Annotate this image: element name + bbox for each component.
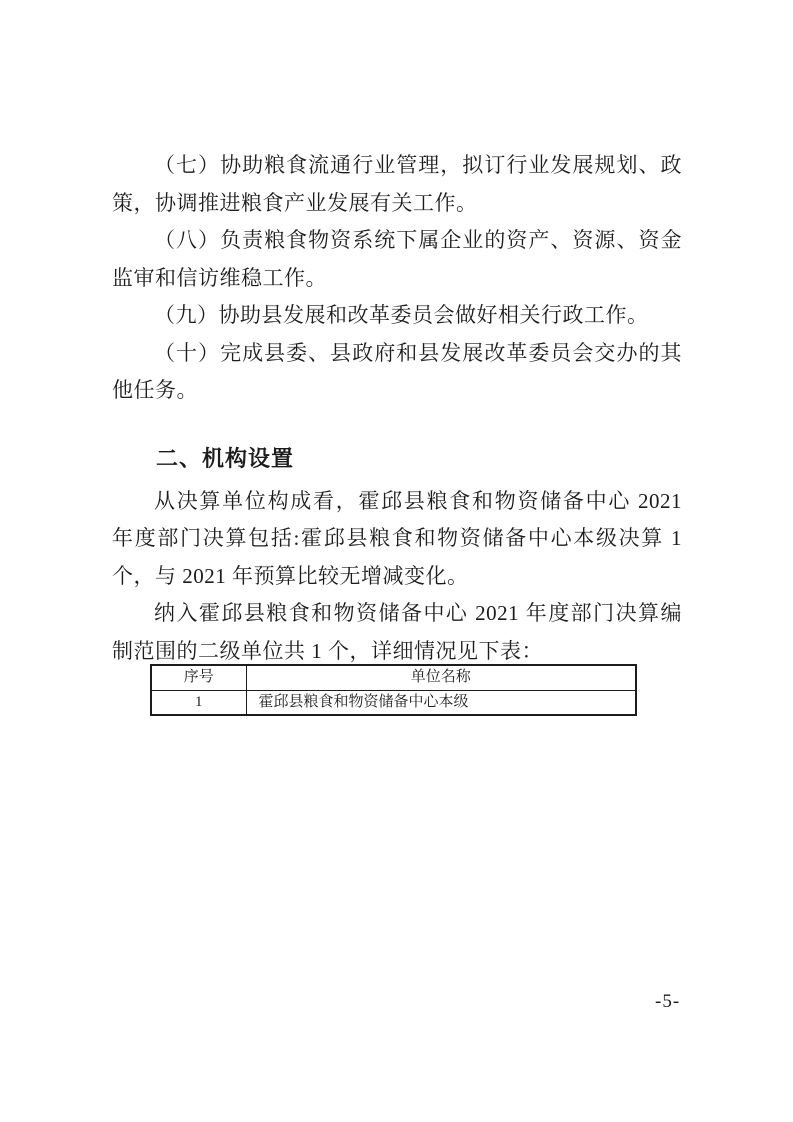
paragraph-secondary-units: 纳入霍邱县粮食和物资储备中心 2021 年度部门决算编制范围的二级单位共 1 个… bbox=[112, 595, 682, 670]
table-cell-unit-name: 霍邱县粮食和物资储备中心本级 bbox=[246, 690, 636, 715]
table-row: 1 霍邱县粮食和物资储备中心本级 bbox=[151, 690, 636, 715]
section-heading-organization: 二、机构设置 bbox=[112, 440, 682, 478]
paragraph-unit-composition: 从决算单位构成看，霍邱县粮食和物资储备中心 2021 年度部门决算包括:霍邱县粮… bbox=[112, 483, 682, 596]
page-number: -5- bbox=[655, 991, 680, 1013]
paragraph-duty-9: （九）协助县发展和改革委员会做好相关行政工作。 bbox=[112, 297, 682, 335]
paragraph-duty-7: （七）协助粮食流通行业管理，拟订行业发展规划、政策，协调推进粮食产业发展有关工作… bbox=[112, 147, 682, 222]
unit-list-table: 序号 单位名称 1 霍邱县粮食和物资储备中心本级 bbox=[150, 664, 637, 716]
paragraph-duty-10: （十）完成县委、县政府和县发展改革委员会交办的其他任务。 bbox=[112, 335, 682, 410]
table-cell-index: 1 bbox=[151, 690, 246, 715]
document-content: （七）协助粮食流通行业管理，拟订行业发展规划、政策，协调推进粮食产业发展有关工作… bbox=[112, 147, 682, 716]
paragraph-duty-8: （八）负责粮食物资系统下属企业的资产、资源、资金监审和信访维稳工作。 bbox=[112, 222, 682, 297]
document-page: （七）协助粮食流通行业管理，拟订行业发展规划、政策，协调推进粮食产业发展有关工作… bbox=[0, 0, 793, 1122]
